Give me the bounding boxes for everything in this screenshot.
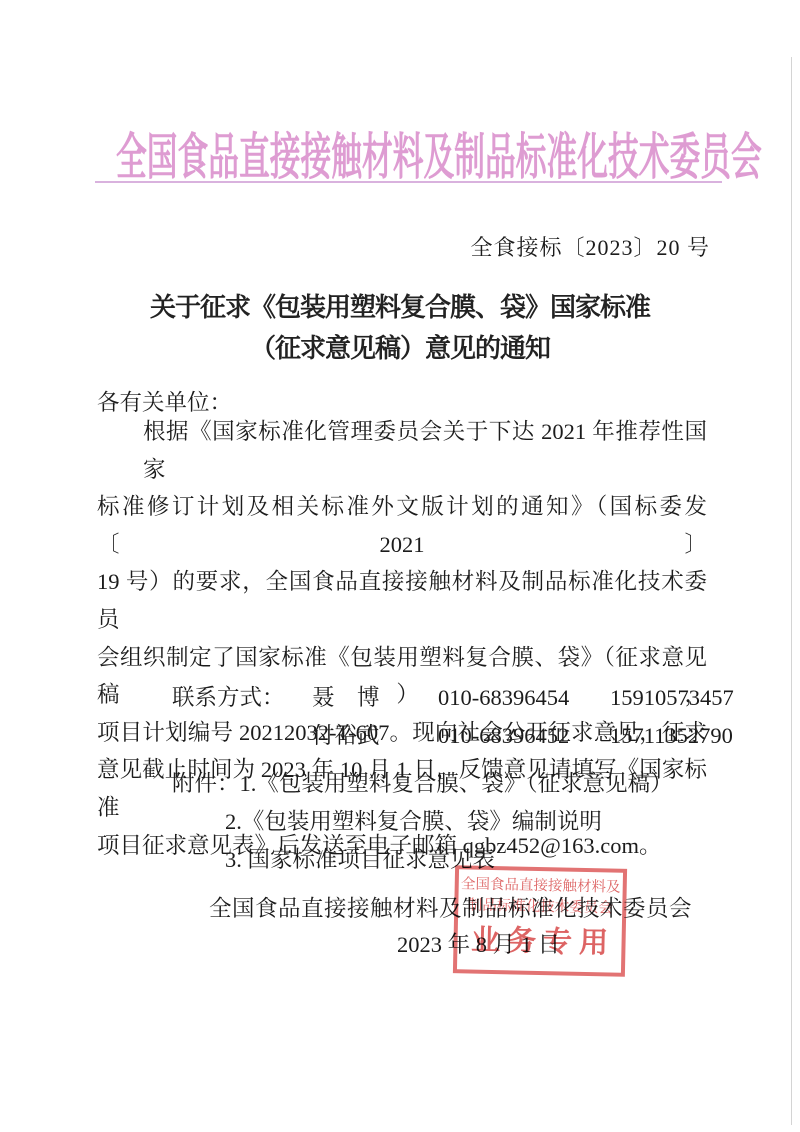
letterhead-underline <box>95 181 722 183</box>
contact-mobile: 15711352790 <box>610 717 733 755</box>
contact-section: 联系方式： 聂 博 010-68396454 15910573457 付裕武 0… <box>97 679 757 755</box>
official-stamp: 全国食品直接接触材料及 制品标准化技术委员会 业务专用 <box>453 865 627 977</box>
notice-title-line2: （征求意见稿）意见的通知 <box>0 328 800 369</box>
notice-title-line1: 关于征求《包装用塑料复合膜、袋》国家标准 <box>0 287 800 328</box>
attachments-label: 附件： <box>172 771 240 796</box>
body-line: 根据《国家标准化管理委员会关于下达 2021 年推荐性国家 <box>97 413 707 488</box>
stamp-text-line3: 业务专用 <box>457 920 622 963</box>
body-line: 标准修订计划及相关标准外文版计划的通知》（国标委发〔2021〕 <box>97 488 707 563</box>
document-number: 全食接标〔2023〕20 号 <box>470 231 710 262</box>
issuing-authority: 全国食品直接接触材料及制品标准化技术委员会 <box>0 891 800 923</box>
letterhead-banner: 全国食品直接接触材料及制品标准化技术委员会 <box>116 117 762 189</box>
contact-mobile: 15910573457 <box>610 679 734 717</box>
scan-edge-line <box>791 57 792 1125</box>
stamp-text-line2: 制品标准化技术委员会 <box>458 895 622 919</box>
contact-name: 付裕武 <box>312 717 438 755</box>
body-line: 19 号）的要求，全国食品直接接触材料及制品标准化技术委员 <box>97 563 707 638</box>
contact-label-spacer <box>172 717 312 755</box>
attachment-item: 2.《包装用塑料复合膜、袋》编制说明 <box>225 803 757 841</box>
contact-row: 付裕武 010-68396452 15711352790 <box>97 717 757 755</box>
contact-phone: 010-68396454 <box>438 679 610 717</box>
scanned-notice-page: 全国食品直接接触材料及制品标准化技术委员会 全食接标〔2023〕20 号 关于征… <box>0 0 800 1132</box>
attachments-section: 附件：1.《包装用塑料复合膜、袋》（征求意见稿） 2.《包装用塑料复合膜、袋》编… <box>97 765 757 880</box>
contact-name: 聂 博 <box>312 679 438 717</box>
contact-label: 联系方式： <box>172 679 312 717</box>
attachment-item: 附件：1.《包装用塑料复合膜、袋》（征求意见稿） <box>172 765 757 803</box>
contact-phone: 010-68396452 <box>438 717 610 755</box>
contact-row: 联系方式： 聂 博 010-68396454 15910573457 <box>97 679 757 717</box>
notice-title: 关于征求《包装用塑料复合膜、袋》国家标准 （征求意见稿）意见的通知 <box>0 287 800 369</box>
attachment-title: 1.《包装用塑料复合膜、袋》（征求意见稿） <box>240 771 673 796</box>
